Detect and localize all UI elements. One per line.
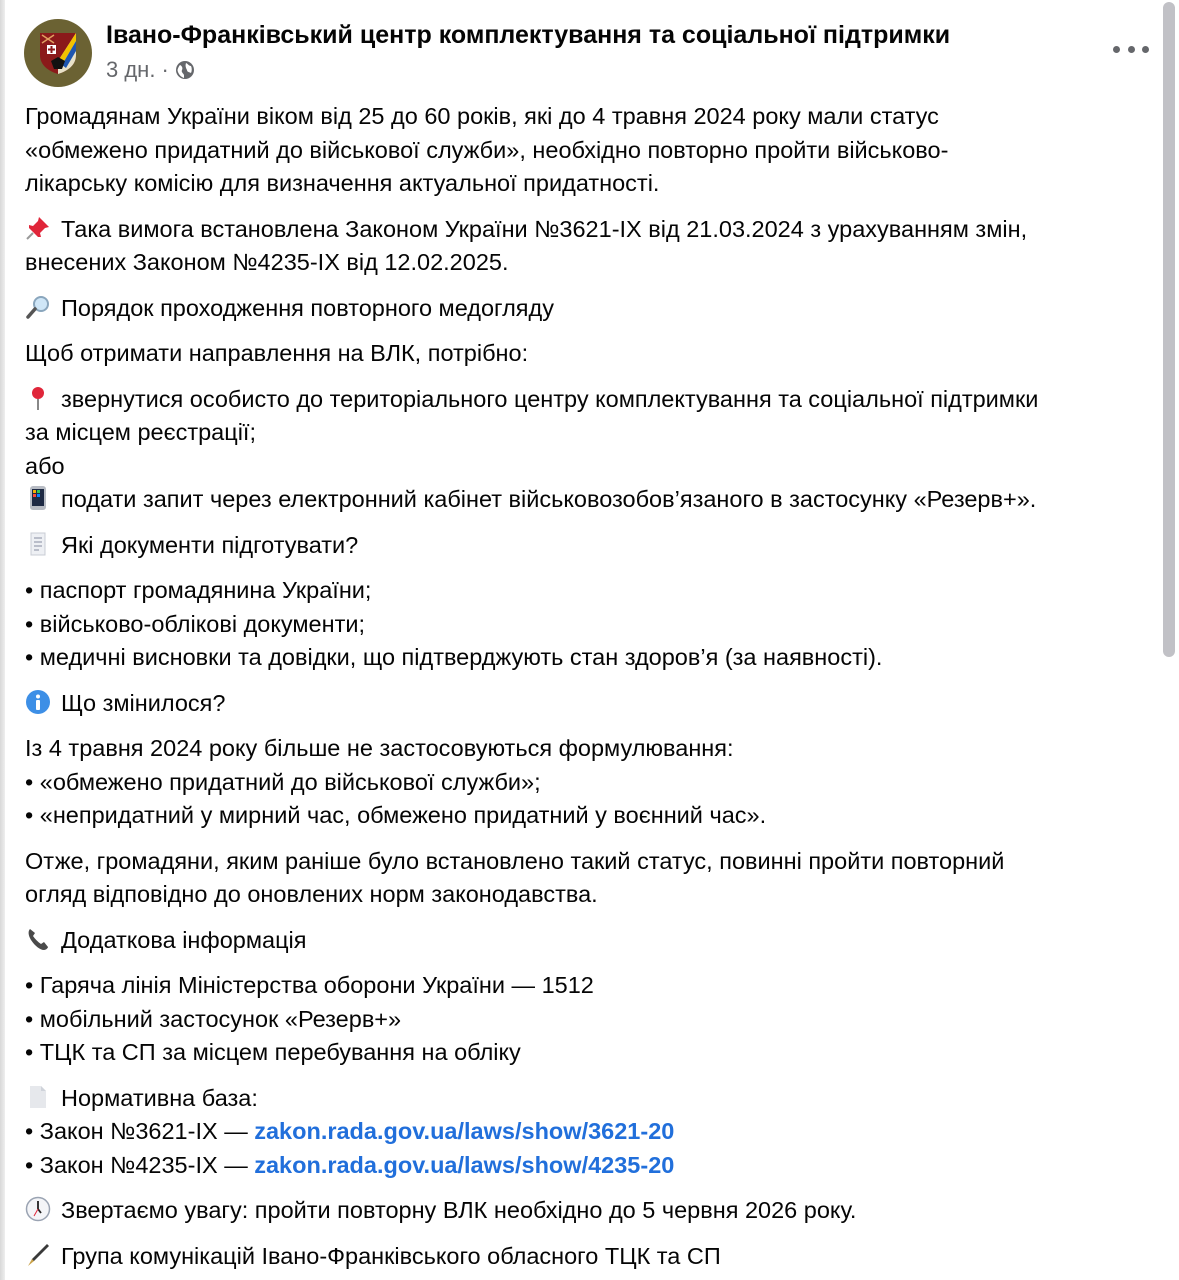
list-item: • медичні висновки та довідки, що підтве… [25,641,1165,675]
list-item: • паспорт громадянина України; [25,574,1165,608]
signature: Група комунікацій Івано-Франківського об… [25,1240,1165,1274]
info-heading: Додаткова інформація [25,924,1165,958]
magnifier-icon [25,294,51,320]
window-left-edge [0,0,5,1280]
deadline-text: Звертаємо увагу: пройти повторну ВЛК нео… [61,1197,856,1223]
text-line: Громадянам України віком від 25 до 60 ро… [25,100,1165,134]
post-body: Громадянам України віком від 25 до 60 ро… [25,100,1165,1280]
changes-heading-text: Що змінилося? [61,690,225,716]
text-line: Така вимога встановлена Законом України … [25,213,1165,247]
text-line: звернутися особисто до територіального ц… [25,383,1165,417]
legal-item-label: • Закон №3621-IX — [25,1118,254,1144]
legal-heading-text: Нормативна база: [61,1085,258,1111]
text-line: Отже, громадяни, яким раніше було встано… [25,845,1165,879]
conclusion-paragraph: Отже, громадяни, яким раніше було встано… [25,845,1165,912]
procedure-heading: Порядок проходження повторного медогляду [25,292,1165,326]
fountain-pen-icon [25,1242,51,1268]
text-line: внесених Законом №4235-IX від 12.02.2025… [25,246,1165,280]
legal-item: • Закон №4235-IX — zakon.rada.gov.ua/law… [25,1149,1165,1183]
more-dot [1128,46,1135,53]
text-line: огляд відповідно до оновлених норм закон… [25,878,1165,912]
referral-intro: Щоб отримати направлення на ВЛК, потрібн… [25,337,1165,371]
list-item: • ТЦК та СП за місцем перебування на обл… [25,1036,1165,1070]
list-item: • «непридатний у мирний час, обмежено пр… [25,799,1165,833]
telephone-icon [25,926,51,952]
avatar[interactable] [24,19,92,87]
clock-icon [25,1196,51,1222]
meta-separator: · [161,57,168,83]
list-item: • мобільний застосунок «Резерв+» [25,1003,1165,1037]
law-4235-link[interactable]: zakon.rada.gov.ua/laws/show/4235-20 [254,1152,674,1178]
option-in-person-text: звернутися особисто до територіального ц… [61,386,1038,412]
law-3621-link[interactable]: zakon.rada.gov.ua/laws/show/3621-20 [254,1118,674,1144]
changes-heading: Що змінилося? [25,687,1165,721]
list-item: • Гаряча лінія Міністерства оборони Укра… [25,969,1165,1003]
option-in-person: звернутися особисто до територіального ц… [25,383,1165,450]
round-pin-icon [25,385,51,411]
legal-item-label: • Закон №4235-IX — [25,1152,254,1178]
documents-heading-text: Які документи підготувати? [61,532,358,558]
info-icon [25,689,51,715]
post-meta: 3 дн. · [106,57,195,83]
text-line: за місцем реєстрації; [25,416,1165,450]
info-heading-text: Додаткова інформація [61,927,307,953]
signature-text: Група комунікацій Івано-Франківського об… [61,1243,721,1269]
legal-item: • Закон №3621-IX — zakon.rada.gov.ua/law… [25,1115,1165,1149]
procedure-heading-text: Порядок проходження повторного медогляду [61,295,554,321]
document-icon [25,1084,51,1110]
intro-paragraph: Громадянам України віком від 25 до 60 ро… [25,100,1165,201]
more-options-button[interactable] [1113,39,1149,59]
receipt-icon [25,531,51,557]
post-timestamp[interactable]: 3 дн. [106,57,155,83]
mobile-phone-icon [25,485,51,511]
text-line: лікарську комісію для визначення актуаль… [25,167,1165,201]
legal-section: Нормативна база: • Закон №3621-IX — zako… [25,1082,1165,1183]
info-list: • Гаряча лінія Міністерства оборони Укра… [25,969,1165,1070]
legal-heading: Нормативна база: [25,1082,1165,1116]
pushpin-icon [25,215,51,241]
more-dot [1142,46,1149,53]
more-horizontal-icon [1113,46,1120,53]
list-item: • «обмежено придатний до військової служ… [25,766,1165,800]
changes-list: Із 4 травня 2024 року більше не застосов… [25,732,1165,833]
text-line: «обмежено придатний до військової служби… [25,134,1165,168]
globe-icon[interactable] [175,60,195,80]
option-online: подати запит через електронний кабінет в… [25,483,1165,517]
documents-list: • паспорт громадянина України; • військо… [25,574,1165,675]
deadline-note: Звертаємо увагу: пройти повторну ВЛК нео… [25,1194,1165,1228]
list-item: • військово-облікові документи; [25,608,1165,642]
text-line: Із 4 травня 2024 року більше не застосов… [25,732,1165,766]
documents-heading: Які документи підготувати? [25,529,1165,563]
post-header: Івано-Франківський центр комплектування … [24,19,1149,89]
law-note-paragraph: Така вимога встановлена Законом України … [25,213,1165,280]
author-name[interactable]: Івано-Франківський центр комплектування … [106,21,950,50]
option-online-text: подати запит через електронний кабінет в… [61,486,1036,512]
law-note-text: Така вимога встановлена Законом України … [61,216,1027,242]
coat-of-arms-icon [38,31,78,75]
or-text: або [25,450,1165,484]
